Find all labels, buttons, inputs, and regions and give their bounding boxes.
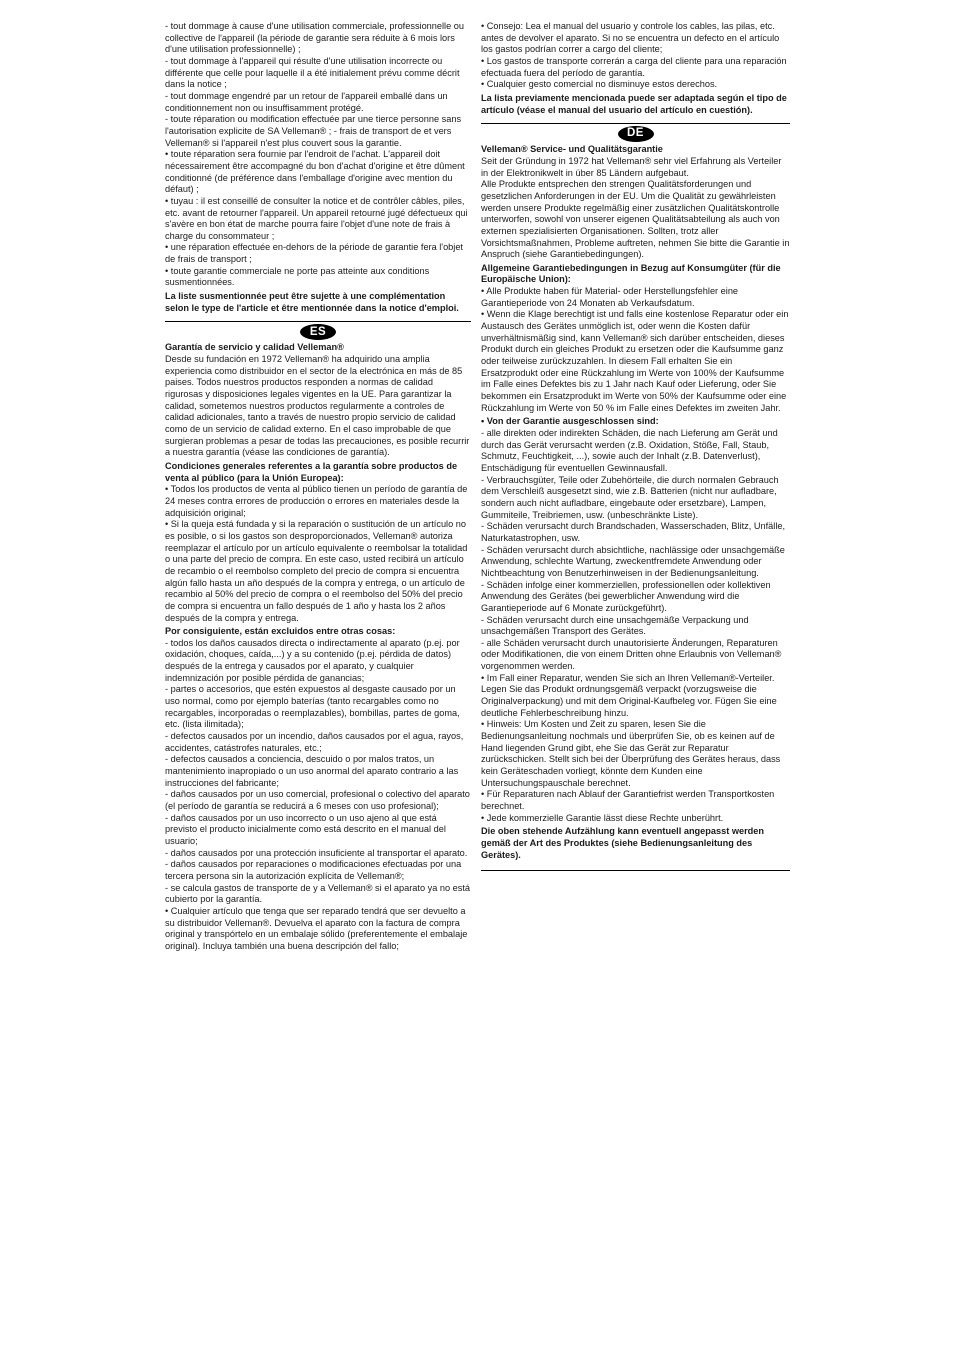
de-excluded-item: - Schäden verursacht durch Brandschaden,… [481, 521, 790, 544]
es-tip-item: • Cualquier gesto comercial no disminuye… [481, 79, 790, 91]
de-excluded-item: - Schäden verursacht durch absichtliche,… [481, 545, 790, 580]
es-language-badge: ES [300, 324, 336, 340]
de-condition-item: • Alle Produkte haben für Material- oder… [481, 286, 790, 309]
de-note-item: • Jede kommerzielle Garantie lässt diese… [481, 813, 790, 825]
de-excluded-item: - Schäden verursacht durch eine unsachge… [481, 615, 790, 638]
de-excluded-title: • Von der Garantie ausgeschlossen sind: [481, 416, 790, 428]
es-excluded-item: - partes o accesorios, que estén expuest… [165, 684, 471, 731]
de-note-item: • Hinweis: Um Kosten und Zeit zu sparen,… [481, 719, 790, 789]
de-section-title: Velleman® Service- und Qualitätsgarantie [481, 144, 790, 156]
de-note-item: • Für Reparaturen nach Ablauf der Garant… [481, 789, 790, 812]
es-tip-item: • Consejo: Lea el manual del usuario y c… [481, 21, 790, 56]
fr-exclusion-item: - toute réparation ou modification effec… [165, 114, 471, 149]
de-excluded-item: - alle direkten oder indirekten Schäden,… [481, 428, 790, 475]
de-intro-paragraph: Alle Produkte entsprechen den strengen Q… [481, 179, 790, 261]
es-badge-row: ES [165, 324, 471, 340]
es-excluded-title: Por consiguiente, están excluidos entre … [165, 626, 471, 638]
de-language-badge: DE [618, 126, 654, 142]
document-page: - tout dommage à cause d'une utilisation… [0, 0, 954, 1351]
de-badge-row: DE [481, 126, 790, 142]
de-excluded-item: - Verbrauchsgüter, Teile oder Zubehörtei… [481, 475, 790, 522]
es-excluded-item: - defectos causados por un incendio, dañ… [165, 731, 471, 754]
fr-exclusion-item: • toute réparation sera fournie par l'en… [165, 149, 471, 196]
de-excluded-item: - Schäden infolge einer kommerziellen, p… [481, 580, 790, 615]
es-condition-item: • Todos los productos de venta al públic… [165, 484, 471, 519]
es-closing-note: La lista previamente mencionada puede se… [481, 93, 790, 116]
de-intro-paragraph: Seit der Gründung in 1972 hat Velleman® … [481, 156, 790, 179]
de-excluded-item: - alle Schäden verursacht durch unautori… [481, 638, 790, 673]
es-excluded-item: - daños causados por un uso comercial, p… [165, 789, 471, 812]
left-column: - tout dommage à cause d'une utilisation… [165, 21, 471, 953]
de-conditions-title: Allgemeine Garantiebedingungen in Bezug … [481, 263, 790, 286]
fr-exclusion-item: - tout dommage engendré par un retour de… [165, 91, 471, 114]
section-divider [165, 321, 471, 322]
fr-exclusion-item: • tuyau : il est conseillé de consulter … [165, 196, 471, 243]
de-condition-item: • Wenn die Klage berechtigt ist und fall… [481, 309, 790, 414]
es-excluded-item: - daños causados por un uso incorrecto o… [165, 813, 471, 848]
fr-exclusion-item: • une réparation effectuée en-dehors de … [165, 242, 471, 265]
right-column: • Consejo: Lea el manual del usuario y c… [481, 21, 790, 871]
fr-exclusion-item: - tout dommage à cause d'une utilisation… [165, 21, 471, 56]
section-end-divider [481, 870, 790, 871]
es-excluded-item: - todos los daños causados directa o ind… [165, 638, 471, 685]
es-excluded-item: - daños causados por una protección insu… [165, 848, 471, 860]
de-closing-note: Die oben stehende Aufzählung kann eventu… [481, 826, 790, 861]
es-excluded-item: - defectos causados a conciencia, descui… [165, 754, 471, 789]
es-section-title: Garantía de servicio y calidad Velleman® [165, 342, 471, 354]
fr-exclusion-item: - tout dommage à l'appareil qui résulte … [165, 56, 471, 91]
es-excluded-item: - se calcula gastos de transporte de y a… [165, 883, 471, 906]
fr-closing-note: La liste susmentionnée peut être sujette… [165, 291, 471, 314]
es-condition-item: • Si la queja está fundada y si la repar… [165, 519, 471, 624]
es-intro-paragraph: Desde su fundación en 1972 Velleman® ha … [165, 354, 471, 459]
es-return-note: • Cualquier artículo que tenga que ser r… [165, 906, 471, 953]
es-tip-item: • Los gastos de transporte correrán a ca… [481, 56, 790, 79]
fr-exclusion-item: • toute garantie commerciale ne porte pa… [165, 266, 471, 289]
section-divider [481, 123, 790, 124]
de-note-item: • Im Fall einer Reparatur, wenden Sie si… [481, 673, 790, 720]
es-excluded-item: - daños causados por reparaciones o modi… [165, 859, 471, 882]
es-conditions-title: Condiciones generales referentes a la ga… [165, 461, 471, 484]
